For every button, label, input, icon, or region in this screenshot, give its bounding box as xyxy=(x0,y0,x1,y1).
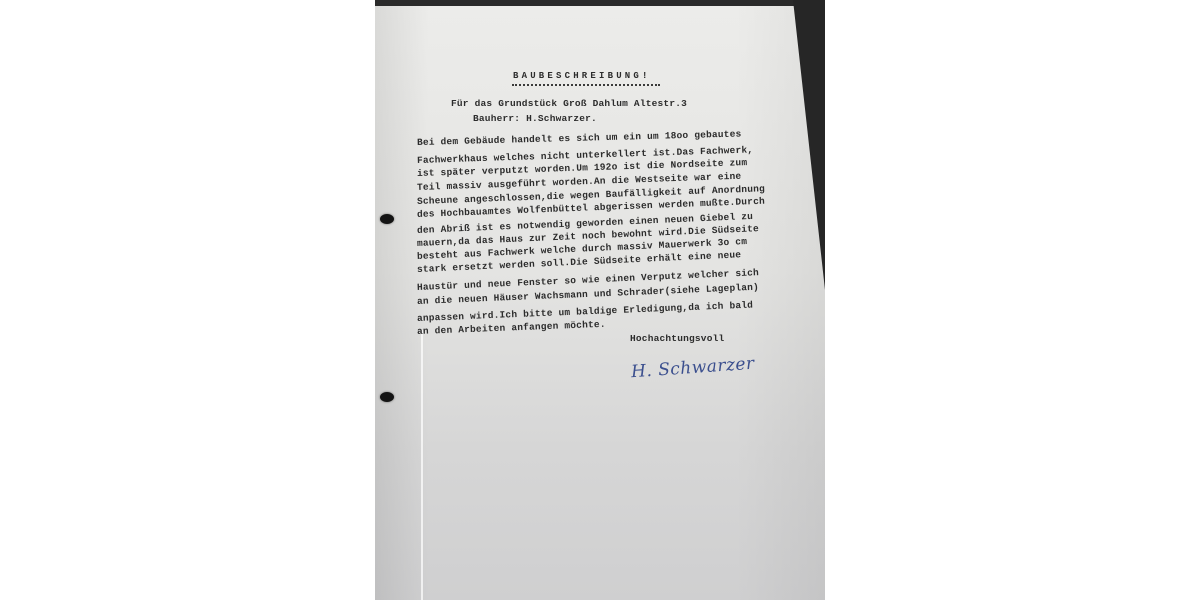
document-title: BAUBESCHREIBUNG! xyxy=(513,71,651,81)
background-surface-top xyxy=(375,0,825,6)
punch-hole-icon xyxy=(380,214,394,224)
title-underline xyxy=(512,84,660,86)
closing-salutation: Hochachtungsvoll xyxy=(630,333,724,344)
document-photo: BAUBESCHREIBUNG! Für das Grundstück Groß… xyxy=(375,0,825,600)
property-address: Für das Grundstück Groß Dahlum Altestr.3 xyxy=(451,98,687,109)
paper-fold-line xyxy=(421,330,423,600)
building-owner: Bauherr: H.Schwarzer. xyxy=(473,113,597,124)
punch-hole-icon xyxy=(380,392,394,402)
